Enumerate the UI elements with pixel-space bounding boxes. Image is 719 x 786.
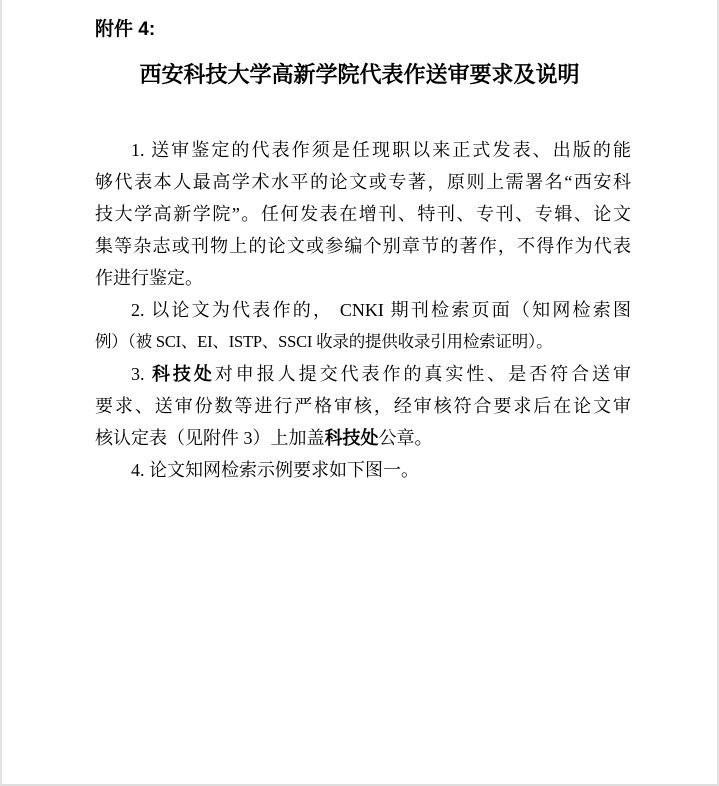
paragraph-line: 1. 送审鉴定的代表作须是任现职以来正式发表、出版的能 bbox=[95, 134, 631, 166]
paragraph-line: 技大学高新学院”。任何发表在增刊、特刊、专刊、专辑、论文 bbox=[95, 198, 631, 230]
document-page: 附件 4: 西安科技大学高新学院代表作送审要求及说明 1. 送审鉴定的代表作须是… bbox=[0, 0, 719, 786]
paragraph-line: 核认定表（见附件 3）上加盖科技处公章。 bbox=[95, 422, 631, 454]
paragraph-3: 3. 科技处对申报人提交代表作的真实性、是否符合送审 要求、送审份数等进行严格审… bbox=[95, 358, 631, 454]
paragraph-line: 集等杂志或刊物上的论文或参编个别章节的著作，不得作为代表 bbox=[95, 230, 631, 262]
paragraph-line: 作进行鉴定。 bbox=[95, 262, 631, 294]
paragraph-1: 1. 送审鉴定的代表作须是任现职以来正式发表、出版的能 够代表本人最高学术水平的… bbox=[95, 134, 631, 294]
attachment-label: 附件 4: bbox=[2, 0, 717, 42]
document-body: 1. 送审鉴定的代表作须是任现职以来正式发表、出版的能 够代表本人最高学术水平的… bbox=[95, 134, 631, 486]
paragraph-line: 2. 以论文为代表作的， CNKI 期刊检索页面（知网检索图 bbox=[95, 294, 631, 326]
paragraph-line: 例）（被 SCI、EI、ISTP、SSCI 收录的提供收录引用检索证明）。 bbox=[95, 326, 631, 358]
paragraph-line: 够代表本人最高学术水平的论文或专著，原则上需署名“西安科 bbox=[95, 166, 631, 198]
paragraph-line: 要求、送审份数等进行严格审核，经审核符合要求后在论文审 bbox=[95, 390, 631, 422]
paragraph-2: 2. 以论文为代表作的， CNKI 期刊检索页面（知网检索图 例）（被 SCI、… bbox=[95, 294, 631, 358]
paragraph-line: 3. 科技处对申报人提交代表作的真实性、是否符合送审 bbox=[95, 358, 631, 390]
paragraph-4: 4. 论文知网检索示例要求如下图一。 bbox=[95, 454, 631, 486]
document-title: 西安科技大学高新学院代表作送审要求及说明 bbox=[2, 60, 717, 90]
paragraph-line: 4. 论文知网检索示例要求如下图一。 bbox=[95, 454, 631, 486]
